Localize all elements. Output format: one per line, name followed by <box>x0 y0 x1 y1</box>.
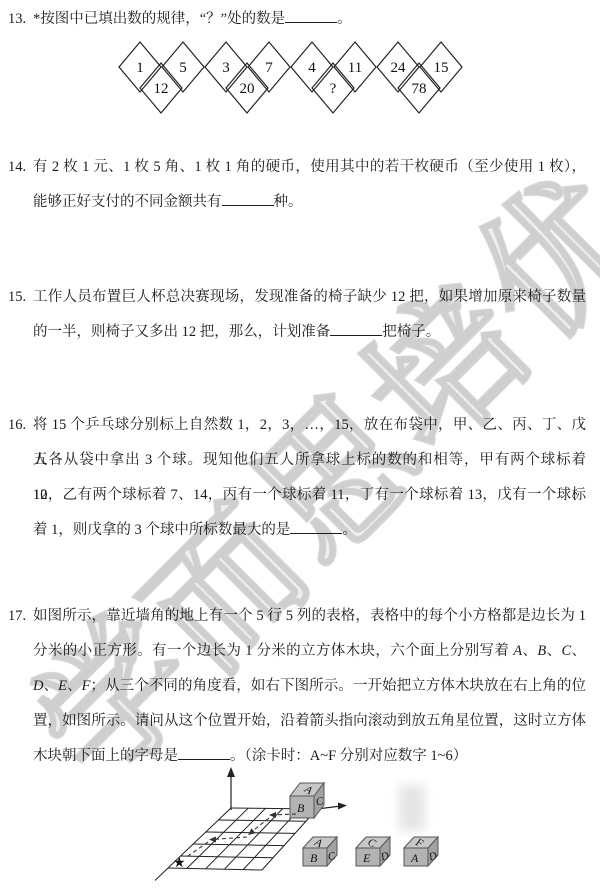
text-segment: 的一半，则椅子又多出 12 把，那么，计划准备 <box>33 324 330 340</box>
cube-front-letter: A <box>410 851 419 865</box>
diamond-number: 78 <box>412 81 427 97</box>
text-line: 人各从袋中拿出 3 个球。现知他们五人所拿球上标的数的和相等，甲有两个球标着 1… <box>33 443 586 478</box>
text-segment: 种。 <box>274 194 303 210</box>
text-segment: 、 <box>546 643 561 659</box>
text-segment: ；从三个不同的角度看，如右下图所示。一开始把立方体木块放在右上角的位 <box>91 678 587 694</box>
diamond-number: ? <box>330 81 337 97</box>
text-line: 12，乙有两个球标着 7、14，丙有一个球标着 11，丁有一个球标着 13，戊有… <box>33 478 586 513</box>
text-segment: 有 2 枚 1 元、1 枚 5 角、1 枚 1 角的硬币，使用其中的若干枚硬币（… <box>33 159 586 175</box>
answer-blank[interactable] <box>290 520 342 534</box>
text-segment: 12，乙有两个球标着 7、14，丙有一个球标着 11，丁有一个球标着 13，戊有… <box>33 487 586 503</box>
text-segment: F <box>82 678 91 694</box>
text-segment: 。 <box>337 11 352 27</box>
text-segment: 工作人员布置巨人杯总决赛现场，发现准备的椅子缺少 12 把，如果增加原来椅子数量 <box>33 289 586 305</box>
cube-front-letter: B <box>297 801 305 815</box>
problem-number: 17. <box>8 599 26 634</box>
problem-15: 15.工作人员布置巨人杯总决赛现场，发现准备的椅子缺少 12 把，如果增加原来椅… <box>8 280 586 350</box>
worksheet-page: 学而思培优 13.*按图中已填出数的规律，“？”处的数是。 14.有 2 枚 1… <box>0 0 600 896</box>
diamond-group <box>119 42 204 113</box>
diamond-pattern-figure: 1 5 12 3 7 20 4 11 ? 24 15 78 <box>110 40 476 120</box>
diamond-number: 20 <box>240 81 255 97</box>
text-line: 有 2 枚 1 元、1 枚 5 角、1 枚 1 角的硬币，使用其中的若干枚硬币（… <box>33 150 586 185</box>
text-segment: *按图中已填出数的规律，“？”处的数是 <box>33 11 285 27</box>
problem-number: 13. <box>8 2 26 37</box>
text-segment: 木块朝下面上的字母是 <box>33 748 178 764</box>
problem-body: 有 2 枚 1 元、1 枚 5 角、1 枚 1 角的硬币，使用其中的若干枚硬币（… <box>33 150 586 220</box>
text-segment: 把椅子。 <box>382 324 440 340</box>
diamond-number: 5 <box>179 60 187 76</box>
diamond-number: 11 <box>348 60 362 76</box>
grid-cube: A B C <box>290 783 325 818</box>
text-line: 将 15 个乒乓球分别标上自然数 1，2，3，…，15，放在布袋中，甲、乙、丙、… <box>33 408 586 443</box>
text-segment: 。（涂卡时：A~F 分别对应数字 1~6） <box>230 748 467 764</box>
text-segment: 。 <box>342 522 357 538</box>
diamond-group <box>377 42 462 113</box>
diamond-number: 12 <box>154 81 169 97</box>
problem-number: 14. <box>8 150 26 185</box>
text-line: 能够正好支付的不同金额共有种。 <box>33 185 586 220</box>
diamond-number: 7 <box>265 60 273 76</box>
text-segment: 、 <box>43 678 58 694</box>
problem-body: 工作人员布置巨人杯总决赛现场，发现准备的椅子缺少 12 把，如果增加原来椅子数量… <box>33 280 586 350</box>
text-segment: 、 <box>522 643 537 659</box>
path-arrow <box>269 812 276 818</box>
text-line: 分米的小正方形。有一个边长为 1 分米的立方体木块，六个面上分别写着 A、B、C… <box>33 634 586 669</box>
text-line: 置，如图所示。请问从这个位置开始，沿着箭头指向滚动到放五角星位置，这时立方体 <box>33 704 586 739</box>
text-line: 工作人员布置巨人杯总决赛现场，发现准备的椅子缺少 12 把，如果增加原来椅子数量 <box>33 280 586 315</box>
diamond-number: 15 <box>434 60 449 76</box>
problem-number: 15. <box>8 280 26 315</box>
text-line: D、E、F；从三个不同的角度看，如右下图所示。一开始把立方体木块放在右上角的位 <box>33 669 586 704</box>
cube-front-letter: E <box>362 851 371 865</box>
text-segment: 如图所示，靠近墙角的地上有一个 5 行 5 列的表格，表格中的每个小方格都是边长… <box>33 608 586 624</box>
path-arrow <box>248 828 256 835</box>
text-segment: 、 <box>571 643 586 659</box>
text-segment: D <box>33 678 43 694</box>
problem-14: 14.有 2 枚 1 元、1 枚 5 角、1 枚 1 角的硬币，使用其中的若干枚… <box>8 150 586 220</box>
diamond-number: 24 <box>391 60 407 76</box>
text-segment: 置，如图所示。请问从这个位置开始，沿着箭头指向滚动到放五角星位置，这时立方体 <box>33 713 586 729</box>
text-line: *按图中已填出数的规律，“？”处的数是。 <box>33 2 586 37</box>
text-segment: 能够正好支付的不同金额共有 <box>33 194 222 210</box>
text-line: 着 1，则戊拿的 3 个球中所标数最大的是。 <box>33 513 586 548</box>
vertical-axis-arrow <box>227 767 235 777</box>
text-line: 的一半，则椅子又多出 12 把，那么，计划准备把椅子。 <box>33 315 586 350</box>
answer-blank[interactable] <box>178 746 230 760</box>
horizontal-axis-arrow <box>338 803 347 810</box>
view-cube-2: C E D <box>356 836 390 866</box>
text-segment: 着 1，则戊拿的 3 个球中所标数最大的是 <box>33 522 290 538</box>
problem-body: 如图所示，靠近墙角的地上有一个 5 行 5 列的表格，表格中的每个小方格都是边长… <box>33 599 586 774</box>
diamond-number: 1 <box>136 60 144 76</box>
text-line: 如图所示，靠近墙角的地上有一个 5 行 5 列的表格，表格中的每个小方格都是边长… <box>33 599 586 634</box>
diamond-number: 3 <box>222 60 230 76</box>
diamond-group <box>291 42 376 113</box>
problem-16: 16.将 15 个乒乓球分别标上自然数 1，2，3，…，15，放在布袋中，甲、乙… <box>8 408 586 548</box>
problem-body: 将 15 个乒乓球分别标上自然数 1，2，3，…，15，放在布袋中，甲、乙、丙、… <box>33 408 586 548</box>
cube-front-letter: B <box>310 851 318 865</box>
star-marker: ★ <box>173 856 186 871</box>
diamond-group <box>205 42 290 113</box>
problem-number: 16. <box>8 408 26 443</box>
path-arrow <box>209 837 216 843</box>
problem-13: 13.*按图中已填出数的规律，“？”处的数是。 <box>8 2 586 37</box>
rolling-cube-figure: A B C ★ A B C C E <box>148 764 478 896</box>
answer-blank[interactable] <box>330 322 382 336</box>
diamond-number: 4 <box>308 60 316 76</box>
text-segment: 、 <box>67 678 82 694</box>
problem-17: 17.如图所示，靠近墙角的地上有一个 5 行 5 列的表格，表格中的每个小方格都… <box>8 599 586 774</box>
text-segment: C <box>561 643 571 659</box>
view-cube-1: A B C <box>303 836 337 866</box>
view-cube-3: F A D <box>404 836 438 866</box>
problem-body: *按图中已填出数的规律，“？”处的数是。 <box>33 2 586 37</box>
text-segment: B <box>537 643 546 659</box>
answer-blank[interactable] <box>285 9 337 23</box>
text-segment: 分米的小正方形。有一个边长为 1 分米的立方体木块，六个面上分别写着 <box>33 643 513 659</box>
text-segment: A <box>513 643 522 659</box>
answer-blank[interactable] <box>222 192 274 206</box>
text-segment: E <box>58 678 67 694</box>
